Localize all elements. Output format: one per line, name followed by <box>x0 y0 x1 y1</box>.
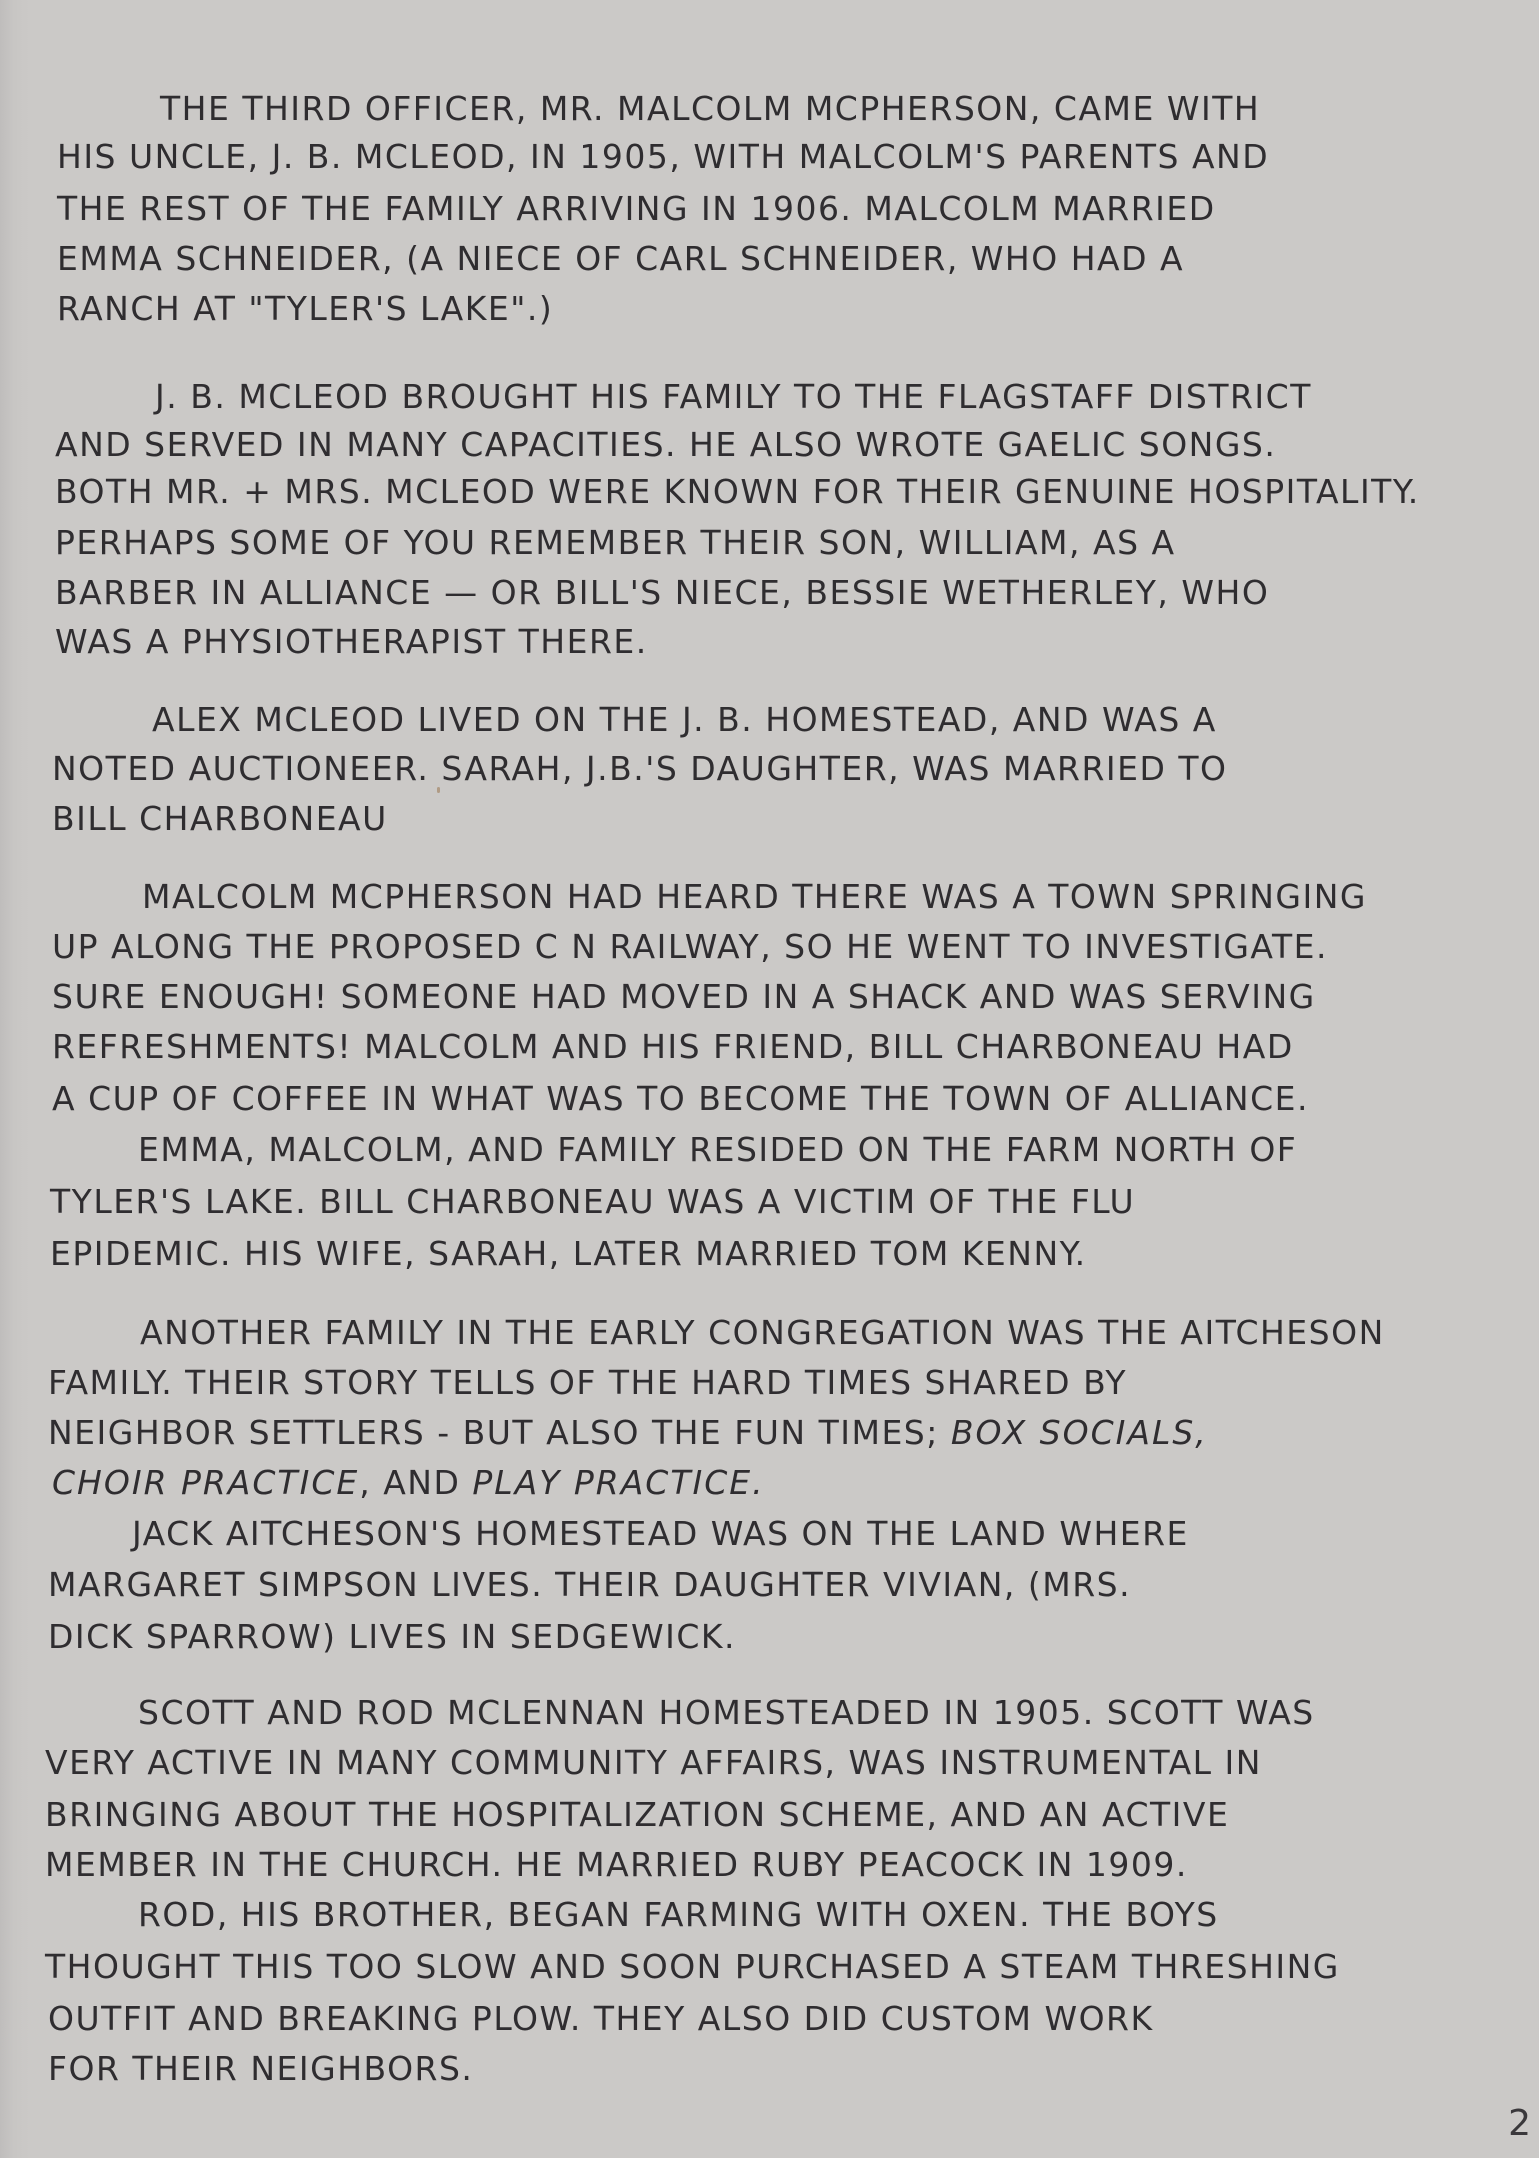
text-fragment: , and <box>359 1463 472 1502</box>
text-line: Bill Charboneau <box>52 802 388 835</box>
text-line: very active in many community affairs, w… <box>45 1746 1262 1779</box>
text-line: and served in many capacities. He also w… <box>55 428 1276 461</box>
text-line: refreshments! Malcolm and his friend, Bi… <box>52 1030 1294 1063</box>
text-line: Another family in the early congregation… <box>140 1316 1385 1349</box>
italic-box-socials: Box socials, <box>951 1413 1208 1452</box>
text-line: Scott and Rod McLennan homesteaded in 19… <box>138 1696 1315 1729</box>
text-fragment: neighbor settlers - but also the fun tim… <box>48 1413 951 1452</box>
text-line: up along the proposed C N Railway, so he… <box>52 930 1328 963</box>
text-line: The third officer, Mr. Malcolm McPherson… <box>160 92 1260 125</box>
text-line: ranch at "Tyler's Lake".) <box>57 292 553 325</box>
text-line: a cup of coffee in what was to become th… <box>52 1082 1309 1115</box>
text-line: his uncle, J. B. McLeod, in 1905, with M… <box>57 140 1269 173</box>
text-line: noted auctioneer. Sarah, J.B.'s daughter… <box>52 752 1228 785</box>
text-line: Perhaps some of you remember their son, … <box>55 526 1176 559</box>
italic-play-practice: Play practice. <box>472 1463 764 1502</box>
text-line: J. B. McLeod brought his family to the F… <box>155 380 1312 413</box>
text-line: Rod, his brother, began farming with oxe… <box>138 1898 1219 1931</box>
text-line: for their neighbors. <box>48 2052 473 2085</box>
text-line: Choir practice, and Play practice. <box>52 1466 765 1499</box>
text-line: Emma Schneider, (a niece of Carl Schneid… <box>57 242 1184 275</box>
text-line: member in the church. He married Ruby Pe… <box>45 1848 1188 1881</box>
text-line: thought this too slow and soon purchased… <box>45 1950 1340 1983</box>
text-line: family. Their story tells of the hard ti… <box>48 1366 1127 1399</box>
text-line: bringing about the hospitalization schem… <box>45 1798 1229 1831</box>
text-line: Alex McLeod lived on the J. B. Homestead… <box>152 703 1217 736</box>
text-line: outfit and breaking plow. They also did … <box>48 2002 1154 2035</box>
text-line: was a physiotherapist there. <box>55 625 648 658</box>
text-line: Margaret Simpson lives. Their daughter V… <box>48 1568 1131 1601</box>
handwritten-page: The third officer, Mr. Malcolm McPherson… <box>0 0 1539 2158</box>
text-line: Malcolm McPherson had heard there was a … <box>142 880 1367 913</box>
text-line: Both Mr. + Mrs. McLeod were known for th… <box>55 475 1420 508</box>
text-line: Sure enough! Someone had moved in a shac… <box>52 980 1316 1013</box>
text-line: the rest of the family arriving in 1906.… <box>57 192 1216 225</box>
text-line: Dick Sparrow) lives in Sedgewick. <box>48 1620 736 1653</box>
text-line: Emma, Malcolm, and family resided on the… <box>138 1133 1297 1166</box>
text-line: Jack Aitcheson's homestead was on the la… <box>132 1517 1189 1550</box>
text-line: neighbor settlers - but also the fun tim… <box>48 1416 1208 1449</box>
italic-choir-practice: Choir practice <box>52 1463 359 1502</box>
text-line: epidemic. His wife, Sarah, later married… <box>50 1237 1087 1270</box>
text-line: barber in Alliance — or Bill's niece, Be… <box>55 576 1269 609</box>
paper-speck <box>437 787 440 793</box>
text-line: Tyler's Lake. Bill Charboneau was a vict… <box>50 1185 1135 1218</box>
page-number: 2 <box>1508 2103 1531 2144</box>
